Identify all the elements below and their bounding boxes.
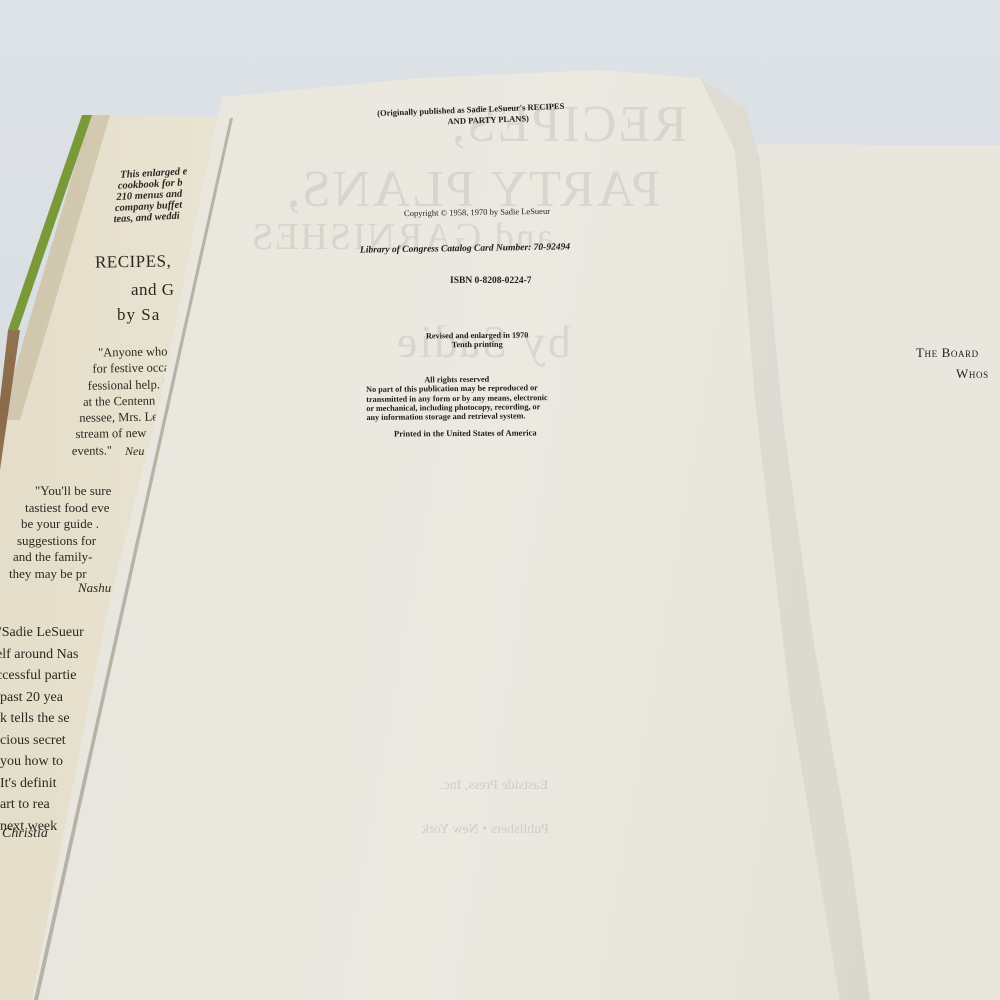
printing-line: Tenth printing [426, 340, 528, 350]
bleed-through-publisher: Eastside Press, Inc. [440, 778, 548, 794]
jacket-title: RECIPES, [95, 251, 172, 272]
quote-line: "Sadie LeSueur [0, 622, 84, 644]
jacket-blurb: This enlarged e cookbook for b 210 menus… [116, 166, 190, 225]
revision-line: Revised and enlarged in 1970 [426, 331, 528, 341]
printed-in-notice: Printed in the United States of America [394, 428, 537, 439]
dedication-line-1: The Board [916, 345, 979, 361]
quote-line: ccessful partie [0, 665, 84, 687]
quote-line: It's definit [0, 773, 84, 795]
rights-notice: All rights reserved No part of this publ… [366, 374, 548, 422]
quote-line: elf around Nas [0, 644, 84, 666]
quote-line: "You'll be sure [35, 483, 111, 500]
quote-line: and the family- [13, 549, 111, 566]
jacket-author: by Sa [117, 305, 160, 325]
bleed-through-publisher: Publishers • New York [422, 822, 549, 838]
jacket-title-line2: and G [131, 280, 175, 300]
rights-line: any information storage and retrieval sy… [366, 411, 547, 422]
jacket-quote-source-2: Nashu [78, 580, 111, 596]
jacket-quote-source-3: Christia [2, 826, 48, 842]
quote-line: be your guide . [21, 516, 111, 533]
quote-line: tastiest food eve [25, 500, 111, 517]
jacket-review-quote-2: "You'll be sure tastiest food eve be you… [35, 483, 111, 582]
isbn-number: ISBN 0-8208-0224-7 [450, 276, 532, 286]
quote-line: suggestions for [17, 533, 111, 550]
photo-scene: This enlarged e cookbook for b 210 menus… [0, 0, 1000, 1000]
quote-line: cious secret [0, 730, 84, 752]
jacket-quote-source-1: Neu [125, 444, 144, 459]
quote-line: past 20 yea [0, 687, 84, 709]
revision-note: Revised and enlarged in 1970 Tenth print… [426, 331, 529, 350]
dedication-line-2: Whos [956, 366, 989, 382]
quote-line: you how to [0, 751, 84, 773]
quote-line: k tells the se [0, 708, 84, 730]
